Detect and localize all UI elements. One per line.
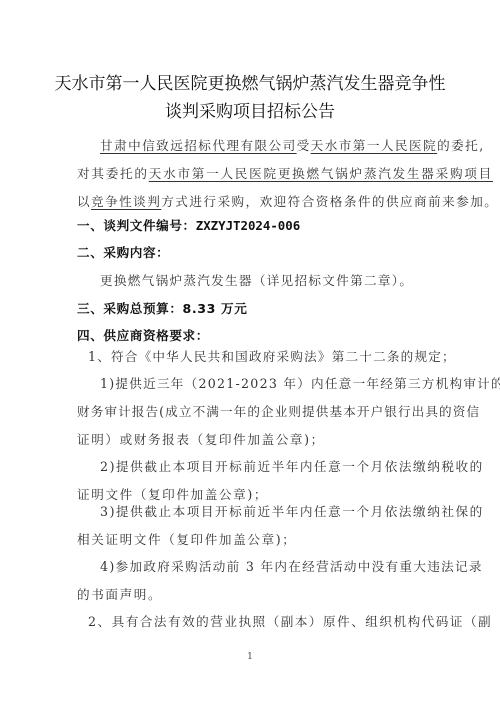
document-number: ZXZYJT2024-006 [196, 218, 300, 233]
section-3-heading: 三、采购总预算：8.33 万元 [77, 300, 427, 318]
intro-text: 以 [77, 194, 91, 209]
section-2-heading: 二、采购内容： [77, 244, 427, 262]
section-4-heading: 四、供应商资格要求： [77, 327, 427, 345]
requirement-sub1-line3: 证明）或财务报表（复印件加盖公章)； [77, 431, 427, 449]
intro-line-1: 甘肃中信致远招标代理有限公司受天水市第一人民医院的委托, [100, 137, 450, 155]
document-title-line1: 天水市第一人民医院更换燃气锅炉蒸汽发生器竞争性 [0, 69, 500, 94]
intro-text: 受 [297, 138, 311, 153]
requirement-sub2-line1: 2)提供截止本项目开标前近半年内任意一个月依法缴纳税收的 [100, 458, 450, 476]
requirement-item-1: 1、符合《中华人民共和国政府采购法》第二十二条的规定； [88, 348, 438, 366]
project-name: 天水市第一人民医院更换燃气锅炉蒸汽发生器采购项目 [149, 166, 493, 181]
intro-text: 的委托, [437, 138, 485, 153]
requirement-sub1-line1: 1)提供近三年（2021-2023 年）内任意一年经第三方机构审计的 [100, 375, 450, 393]
intro-text: 对其委托的 [77, 166, 149, 181]
section-2-content: 更换燃气锅炉蒸汽发生器（详见招标文件第二章）。 [100, 272, 450, 290]
intro-line-3: 以竞争性谈判方式进行采购，欢迎符合资格条件的供应商前来参加。 [77, 193, 427, 211]
section-1-heading: 一、谈判文件编号：ZXZYJT2024-006 [77, 217, 427, 235]
requirement-sub4-line1: 4)参加政府采购活动前 3 年内在经营活动中没有重大违法记录 [100, 558, 450, 576]
intro-line-2: 对其委托的天水市第一人民医院更换燃气锅炉蒸汽发生器采购项目 [77, 165, 427, 183]
requirement-sub2-line2: 证明文件（复印件加盖公章)； [77, 486, 427, 504]
section-1-label: 一、谈判文件编号： [77, 218, 196, 233]
agency-name: 甘肃中信致远招标代理有限公司 [100, 138, 297, 153]
requirement-sub1-line2: 财务审计报告(成立不满一年的企业则提供基本开户银行出具的资信 [77, 403, 427, 421]
intro-text: 方式进行采购，欢迎符合资格条件的供应商前来参加。 [161, 194, 498, 209]
document-title-line2: 谈判采购项目招标公告 [0, 97, 500, 122]
requirement-sub3-line2: 相关证明文件（复印件加盖公章)； [77, 531, 427, 549]
client-name: 天水市第一人民医院 [311, 138, 437, 153]
requirement-sub4-line2: 的书面声明。 [77, 586, 427, 604]
requirement-item-2: 2、具有合法有效的营业执照（副本）原件、组织机构代码证（副 [88, 613, 438, 631]
document-page: 天水市第一人民医院更换燃气锅炉蒸汽发生器竞争性 谈判采购项目招标公告 甘肃中信致… [0, 0, 500, 706]
procurement-method: 竞争性谈判 [91, 194, 161, 209]
page-number: 1 [0, 652, 500, 662]
requirement-sub3-line1: 3)提供截止本项目开标前近半年内任意一个月依法缴纳社保的 [100, 503, 450, 521]
